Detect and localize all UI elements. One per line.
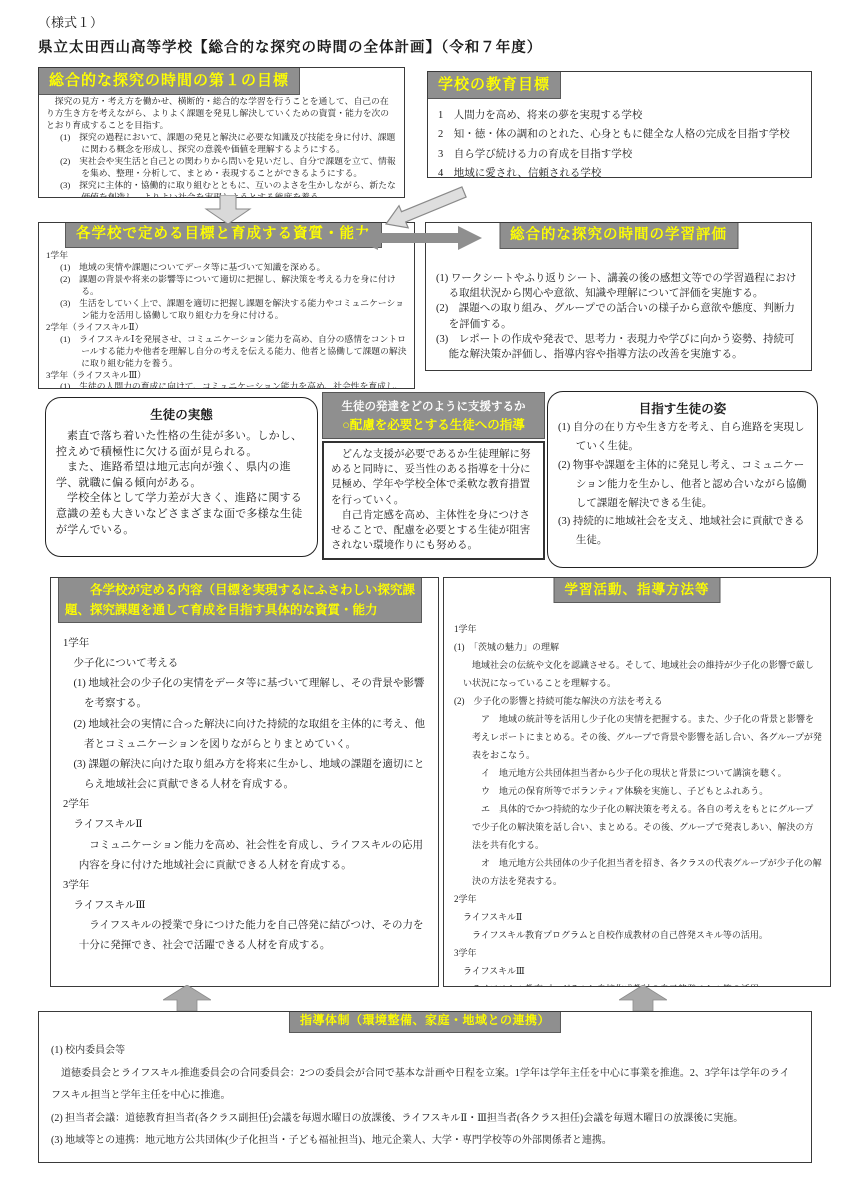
list-item: (3) レポートの作成や発表で、思考力・表現力や学びに向かう姿勢、持続可能な解決… [436, 332, 801, 362]
down-arrow-icon [204, 195, 252, 225]
list-item: 3学年 [63, 876, 428, 896]
list-item: 素直で落ち着いた性格の生徒が多い。しかし、控えめで積極性に欠ける面が見られる。 [56, 429, 307, 460]
first-goal-title-bar: 総合的な探究の時間の第１の目標 [38, 67, 300, 95]
actual-students-box: 生徒の実態 素直で落ち着いた性格の生徒が多い。しかし、控えめで積極性に欠ける面が… [45, 397, 318, 557]
ideal-students-box: 目指す生徒の姿 (1) 自分の在り方や生き方を考え、自ら進路を実現していく生徒。… [547, 391, 818, 568]
list-item: (2) 少子化の影響と持続可能な解決の方法を考える [454, 692, 822, 710]
list-item: 少子化について考える [63, 654, 428, 674]
activities-body: 1学年(1) 「茨城の魅力」の理解地域社会の伝統や文化を認識させる。そして、地域… [444, 614, 830, 987]
list-item: (2) 物事や課題を主体的に発見し考え、コミュニケーション能力を生かし、他者と認… [558, 457, 807, 514]
list-item: 地域社会の伝統や文化を認識させる。そして、地域社会の維持が少子化の影響で厳しい状… [454, 656, 822, 692]
list-item: オ 地元地方公共団体の少子化担当者を招き、各クラスの代表グループが少子化の解決の… [454, 854, 822, 890]
first-goal-body: 探究の見方・考え方を働かせ、横断的・総合的な学習を行うことを通して、自己の在り方… [39, 94, 404, 198]
list-item: (2) 課題の背景や将来の影響等について適切に把握し、解決策を考える力を身に付け… [46, 274, 407, 298]
list-item: エ 具体的でかつ持続的な少子化の解決策を考える。各自の考えをもとにグループで少子… [454, 800, 822, 854]
list-item: (1) 地域の実情や課題についてデータ等に基づいて知識を深める。 [46, 262, 407, 274]
targets-title-bar: 各学校で定める目標と育成する資質・能力 [65, 222, 382, 248]
list-item: (3) 生活をしていく上で、課題を適切に把握し課題を解決する能力やコミュニケーシ… [46, 298, 407, 322]
support-header-line2: ○配慮を必要とする生徒への指導 [342, 415, 525, 433]
evaluation-body: (1) ワークシートやふり返りシート、講義の後の感想文等での学習過程における取組… [426, 269, 811, 364]
list-item: どんな支援が必要であるか生徒理解に努めると同時に、妥当性のある指導を十分に見極め… [331, 447, 536, 508]
list-item: 2学年 [63, 795, 428, 815]
list-item: ライフスキルⅢ [63, 896, 428, 916]
organization-body: (1) 校内委員会等道徳委員会とライフスキル推進委員会の合同委員会：2つの委員会… [39, 1036, 811, 1157]
list-item: (1) 自分の在り方や生き方を考え、自ら進路を実現していく生徒。 [558, 419, 807, 457]
ideal-students-title: 目指す生徒の姿 [548, 399, 817, 417]
list-item: コミュニケーション能力を高め、社会性を育成し、ライフスキルの応用内容を身に付けた… [63, 836, 428, 876]
list-item: 道徳委員会とライフスキル推進委員会の合同委員会：2つの委員会が合同で基本な計画や… [51, 1063, 799, 1108]
list-item: (1) 校内委員会等 [51, 1040, 799, 1063]
first-goal-intro: 探究の見方・考え方を働かせ、横断的・総合的な学習を行うことを通して、自己の在り方… [46, 96, 397, 132]
organization-box: 指導体制（環境整備、家庭・地域との連携） (1) 校内委員会等道徳委員会とライフ… [38, 1011, 812, 1163]
activities-box: 学習活動、指導方法等 1学年(1) 「茨城の魅力」の理解地域社会の伝統や文化を認… [443, 577, 831, 987]
list-item: (3) 地域等との連携：地元地方公共団体(少子化担当・子ども福祉担当)、地元企業… [51, 1130, 799, 1153]
organization-title-bar: 指導体制（環境整備、家庭・地域との連携） [289, 1011, 561, 1033]
ideal-students-body: (1) 自分の在り方や生き方を考え、自ら進路を実現していく生徒。(2) 物事や課… [548, 419, 817, 551]
list-item: 4 地域に愛され、信頼される学校 [438, 164, 801, 178]
school-goals-title-bar: 学校の教育目標 [427, 71, 561, 99]
first-goal-box: 総合的な探究の時間の第１の目標 探究の見方・考え方を働かせ、横断的・総合的な学習… [38, 67, 405, 198]
list-item: (3) 課題の解決に向けた取り組み方を将来に生かし、地域の課題を適切にとらえ地域… [63, 755, 428, 795]
page-title: 県立太田西山高等学校【総合的な探究の時間の全体計画】（令和７年度） [38, 36, 542, 57]
list-item: (1) ライフスキルⅠを発展させ、コミュニケーション能力を高め、自分の感情をコン… [46, 334, 407, 370]
content-box: 各学校が定める内容（目標を実現するにふさわしい探究課題、探究課題を通して育成を目… [50, 577, 439, 987]
school-goals-body: 1 人間力を高め、将来の夢を実現する学校2 知・徳・体の調和のとれた、心身ともに… [428, 102, 811, 178]
list-item: ライフスキルⅢ [454, 962, 822, 980]
list-item: 自己肯定感を高め、主体性を身につけさせることで、配慮を必要とする生徒が阻害されな… [331, 508, 536, 554]
list-item: (1) ワークシートやふり返りシート、講義の後の感想文等での学習過程における取組… [436, 271, 801, 301]
list-item: また、進路希望は地元志向が強く、県内の進学、就職に偏る傾向がある。 [56, 460, 307, 491]
content-title-bar: 各学校が定める内容（目標を実現するにふさわしい探究課題、探究課題を通して育成を目… [58, 577, 422, 623]
list-item: ライフスキル教育プログラムと自校作成教材の自己啓発スキル等の活用。 [454, 926, 822, 944]
list-item: (2) 地域社会の実情に合った解決に向けた持続的な取組を主体的に考え、他者とコミ… [63, 715, 428, 755]
list-item: (1) 地域社会の少子化の実情をデータ等に基づいて理解し、その背景や影響を考察す… [63, 674, 428, 714]
list-item: イ 地元地方公共団体担当者から少子化の現状と背景について講演を聴く。 [454, 764, 822, 782]
list-item: 1学年 [63, 634, 428, 654]
list-item: ウ 地元の保育所等でボランティア体験を実施し、子どもとふれあう。 [454, 782, 822, 800]
activities-title-bar: 学習活動、指導方法等 [554, 577, 721, 603]
list-item: 1学年 [454, 620, 822, 638]
school-goals-box: 学校の教育目標 1 人間力を高め、将来の夢を実現する学校2 知・徳・体の調和のと… [427, 71, 812, 178]
form-label: （様式１） [38, 12, 103, 31]
up-arrow-icon [619, 985, 667, 1011]
list-item: 1 人間力を高め、将来の夢を実現する学校 [438, 106, 801, 125]
list-item: (1) 探究の過程において、課題の発見と解決に必要な知識及び技能を身に付け、課題… [46, 132, 397, 156]
list-item: (2) 課題への取り組み、グループでの話合いの様子から意欲や態度、判断力を評価す… [436, 301, 801, 331]
actual-students-title: 生徒の実態 [46, 405, 317, 423]
evaluation-title-bar: 総合的な探究の時間の学習評価 [499, 222, 738, 249]
list-item: (3) 持続的に地域社会を支え、地域社会に貢献できる生徒。 [558, 513, 807, 551]
list-item: ア 地域の統計等を活用し少子化の実情を把握する。また、少子化の背景と影響を考えレ… [454, 710, 822, 764]
list-item: ライフスキルの授業で身につけた能力を自己啓発に結びつけ、その力を十分に発揮でき、… [63, 916, 428, 956]
list-item: (2) 担当者会議：道徳教育担当者(各クラス副担任)会議を毎週水曜日の放課後、ラ… [51, 1108, 799, 1131]
double-arrow-icon [352, 223, 484, 253]
list-item: 3学年 [454, 944, 822, 962]
targets-body: 1学年(1) 地域の実情や課題についてデータ等に基づいて知識を深める。(2) 課… [39, 248, 414, 389]
list-item: 3 自ら学び続ける力の育成を目指す学校 [438, 145, 801, 164]
actual-students-body: 素直で落ち着いた性格の生徒が多い。しかし、控えめで積極性に欠ける面が見られる。ま… [46, 425, 317, 542]
up-arrow-icon [163, 985, 211, 1011]
list-item: 学校全体として学力差が大きく、進路に関する意識の差も大きいなどさまざまな面で多様… [56, 491, 307, 538]
content-body: 1学年少子化について考える(1) 地域社会の少子化の実情をデータ等に基づいて理解… [51, 630, 438, 957]
list-item: ライフスキルⅡ [454, 908, 822, 926]
support-body: どんな支援が必要であるか生徒理解に努めると同時に、妥当性のある指導を十分に見極め… [322, 441, 545, 560]
support-header-bar: 生徒の発達をどのように支援するか ○配慮を必要とする生徒への指導 [322, 392, 545, 439]
support-header-line1: 生徒の発達をどのように支援するか [342, 398, 526, 414]
list-item: (1) 「茨城の魅力」の理解 [454, 638, 822, 656]
first-goal-items: (1) 探究の過程において、課題の発見と解決に必要な知識及び技能を身に付け、課題… [46, 132, 397, 198]
list-item: 2 知・徳・体の調和のとれた、心身ともに健全な人格の完成を目指す学校 [438, 125, 801, 144]
list-item: 2学年（ライフスキルⅡ） [46, 322, 407, 334]
list-item: 2学年 [454, 890, 822, 908]
list-item: (2) 実社会や実生活と自己との関わりから問いを見いだし、自分で課題を立て、情報… [46, 156, 397, 180]
list-item: 3学年（ライフスキルⅢ） [46, 370, 407, 382]
list-item: ライフスキルⅡ [63, 815, 428, 835]
list-item: (1) 生徒の人間力の育成に向けて、コミュニケーション能力を高め、社会性を育成し… [46, 381, 407, 389]
document-page: （様式１） 県立太田西山高等学校【総合的な探究の時間の全体計画】（令和７年度） … [0, 0, 848, 1200]
